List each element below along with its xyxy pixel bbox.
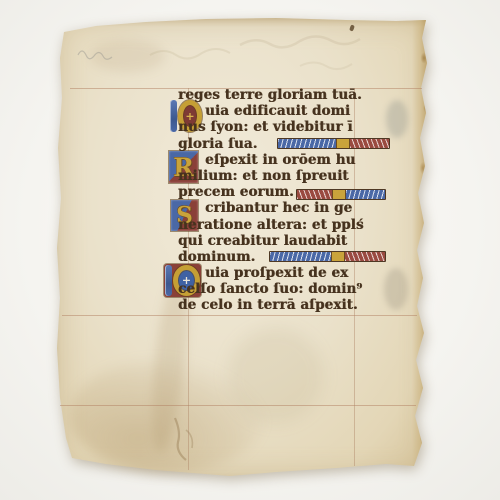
text-line: cribantur hec in ge [178,200,364,216]
text-line: eſpexit in orōem hu [178,152,364,168]
text-block: reges terre gloriam tuā. uia edificauit … [178,87,364,314]
ruling-line-horizontal-lower [60,405,416,406]
text-line: precem eorum. [178,184,364,200]
text-line: neratione altera: et pplś [178,217,364,233]
text-line: de celo in terrā aſpexit. [178,297,364,313]
text-line: gloria ſua. [178,136,364,152]
text-line: dominum. [178,249,364,265]
deckled-right-edge [412,18,430,478]
top-edge-shading [56,18,430,27]
text-line: milium: et non ſpreuit [178,168,364,184]
initial-flourish [170,100,177,132]
text-line: celſo ſancto ſuo: domin⁹ [178,281,364,297]
text-line: uia edificauit domi [178,103,364,119]
initial-flourish [165,265,172,296]
text-line: nus ſyon: et videbitur ī [178,119,364,135]
photo-background: + R S + reges terre gloriam tuā. uia edi… [0,0,500,500]
text-line: reges terre gloriam tuā. [178,87,364,103]
text-line: uia proſpexit de ex [178,265,364,281]
text-line: qui creabitur laudabit [178,233,364,249]
ruling-line-horizontal-middle [62,315,417,316]
